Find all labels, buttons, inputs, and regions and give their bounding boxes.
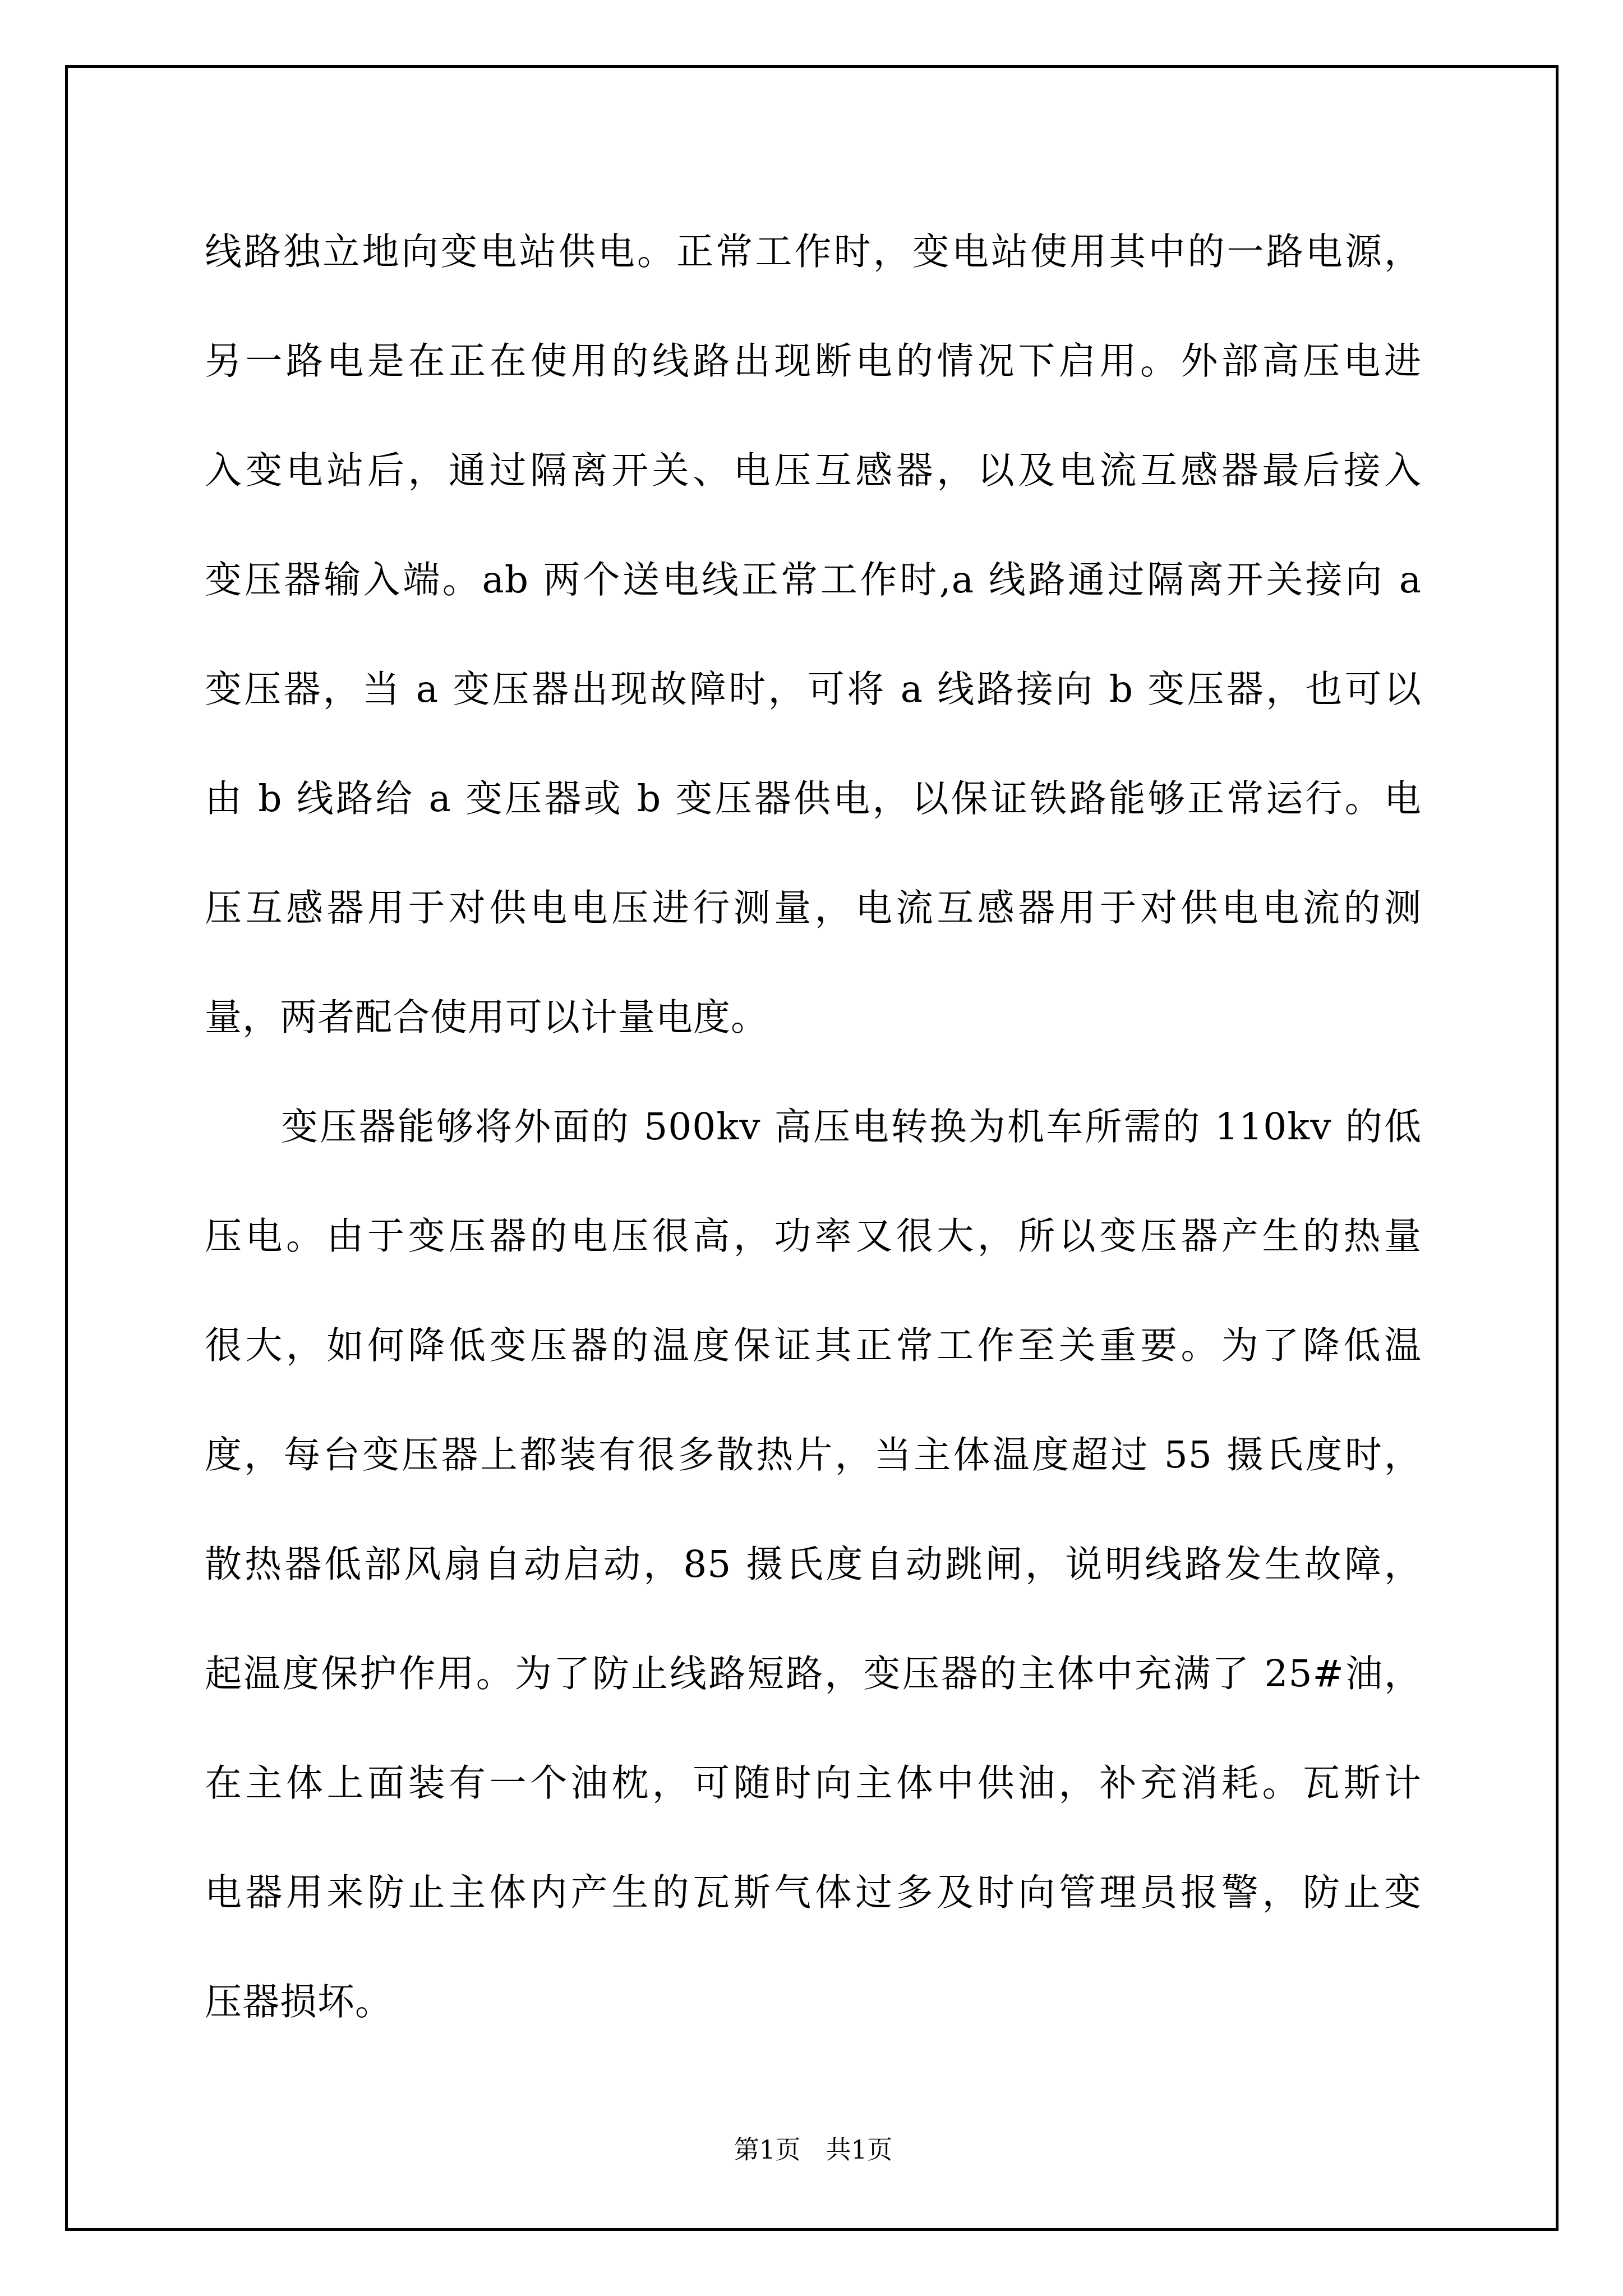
text-line: 变压器，当 a 变压器出现故障时，可将 a 线路接向 b 变压器，也可以 [205,634,1422,744]
page-footer: 第1页共1页 [205,2133,1422,2167]
text-line: 压器损坏。 [205,1947,1422,2056]
text-line: 压互感器用于对供电电压进行测量，电流互感器用于对供电电流的测 [205,853,1422,963]
text-line: 变压器输入端。ab 两个送电线正常工作时,a 线路通过隔离开关接向 a [205,525,1422,634]
text-line: 另一路电是在正在使用的线路出现断电的情况下启用。外部高压电进 [205,306,1422,416]
text-line: 电器用来防止主体内产生的瓦斯气体过多及时向管理员报警，防止变 [205,1838,1422,1947]
total-pages: 共1页 [826,2135,893,2165]
text-line: 压电。由于变压器的电压很高，功率又很大，所以变压器产生的热量 [205,1181,1422,1291]
text-line: 由 b 线路给 a 变压器或 b 变压器供电，以保证铁路能够正常运行。电 [205,744,1422,853]
text-line: 起温度保护作用。为了防止线路短路，变压器的主体中充满了 25#油， [205,1619,1422,1728]
text-line: 线路独立地向变电站供电。正常工作时，变电站使用其中的一路电源， [205,197,1422,306]
text-line: 量，两者配合使用可以计量电度。 [205,963,1422,1072]
text-line: 很大，如何降低变压器的温度保证其正常工作至关重要。为了降低温 [205,1291,1422,1400]
page-number: 第1页 [734,2135,801,2165]
document-page: 线路独立地向变电站供电。正常工作时，变电站使用其中的一路电源， 另一路电是在正在… [0,0,1623,2296]
text-line: 入变电站后，通过隔离开关、电压互感器，以及电流互感器最后接入 [205,416,1422,525]
body-text: 线路独立地向变电站供电。正常工作时，变电站使用其中的一路电源， 另一路电是在正在… [205,197,1422,2056]
text-line: 度，每台变压器上都装有很多散热片，当主体温度超过 55 摄氏度时， [205,1400,1422,1510]
text-line: 散热器低部风扇自动启动，85 摄氏度自动跳闸，说明线路发生故障， [205,1510,1422,1619]
text-line: 在主体上面装有一个油枕，可随时向主体中供油，补充消耗。瓦斯计 [205,1728,1422,1838]
text-line: 变压器能够将外面的 500kv 高压电转换为机车所需的 110kv 的低 [205,1072,1422,1181]
